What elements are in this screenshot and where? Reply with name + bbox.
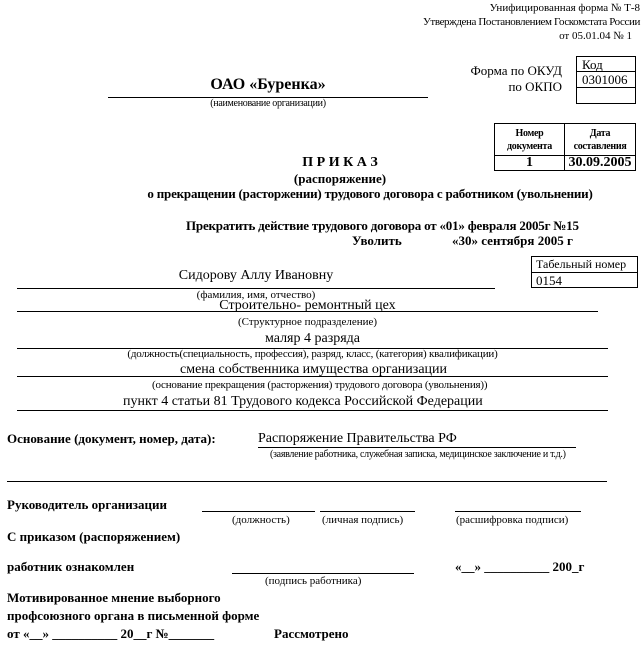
acquainted-line-2: работник ознакомлен <box>7 559 134 575</box>
okud-code[interactable]: 0301006 <box>577 72 635 88</box>
acquainted-date[interactable]: «__» __________ 200_г <box>455 559 584 575</box>
head-label: Руководитель организации <box>7 497 167 513</box>
union-line-1: Мотивированное мнение выборного <box>7 590 221 606</box>
legal-article-value[interactable]: пункт 4 статьи 81 Трудового кодекса Росс… <box>123 394 483 410</box>
legal-article-line <box>17 410 608 411</box>
organization-caption: (наименование организации) <box>108 98 428 109</box>
approval-date-line: от 05.01.04 № 1 <box>559 30 632 42</box>
termination-reason-line <box>17 376 608 377</box>
personnel-number-label: Табельный номер <box>532 257 637 273</box>
doc-number-value[interactable]: 1 <box>495 156 565 171</box>
basis-line <box>258 447 576 448</box>
approval-line: Утверждена Постановлением Госкомстата Ро… <box>423 16 640 28</box>
department-caption: (Структурное подразделение) <box>17 316 598 328</box>
department-line <box>17 311 598 312</box>
dismiss-date[interactable]: «30» сентября 2005 г <box>452 233 573 249</box>
head-signature-line[interactable] <box>320 511 415 512</box>
doc-date-value[interactable]: 30.09.2005 <box>565 156 636 171</box>
codes-header: Код <box>577 57 635 72</box>
document-subject: о прекращении (расторжении) трудового до… <box>100 186 640 202</box>
personnel-number-value[interactable]: 0154 <box>532 273 637 288</box>
signature-caption-label: (личная подпись) <box>322 514 403 526</box>
position-value[interactable]: маляр 4 разряда <box>17 331 608 347</box>
extra-basis-line[interactable] <box>7 481 607 482</box>
head-position-line[interactable] <box>202 511 315 512</box>
basis-label: Основание (документ, номер, дата): <box>7 431 216 447</box>
okpo-code[interactable] <box>577 88 635 103</box>
okud-label: Форма по ОКУД <box>471 63 563 79</box>
position-caption: (должность(специальность, профессия), ра… <box>17 348 608 360</box>
okpo-label: по ОКПО <box>508 79 562 95</box>
employee-signature-line[interactable] <box>232 573 414 574</box>
document-subtitle: (распоряжение) <box>200 171 480 187</box>
basis-caption: (заявление работника, служебная записка,… <box>270 449 566 460</box>
form-number-line: Унифицированная форма № Т-8 <box>490 2 640 14</box>
codes-box: Код 0301006 <box>576 56 636 104</box>
basis-value[interactable]: Распоряжение Правительства РФ <box>258 431 457 447</box>
document-info-table: Номер документа Дата составления 1 30.09… <box>494 123 636 171</box>
union-reviewed: Рассмотрено <box>274 626 349 642</box>
head-decoding-line[interactable] <box>455 511 581 512</box>
personnel-number-box: Табельный номер 0154 <box>531 256 638 288</box>
employee-signature-caption: (подпись работника) <box>265 575 361 587</box>
dismiss-label: Уволить <box>352 233 402 249</box>
doc-date-header: Дата составления <box>565 124 636 156</box>
termination-reason-caption: (основание прекращения (расторжения) тру… <box>152 379 487 391</box>
acquainted-line-1: С приказом (распоряжением) <box>7 529 180 545</box>
doc-number-header: Номер документа <box>495 124 565 156</box>
document-title: П Р И К А З <box>200 155 480 171</box>
employee-name[interactable]: Сидорову Аллу Ивановну <box>17 268 495 284</box>
terminate-contract-line[interactable]: Прекратить действие трудового договора о… <box>186 218 579 234</box>
union-line-3[interactable]: от «__» __________ 20__г №_______ <box>7 626 214 642</box>
decoding-caption-label: (расшифровка подписи) <box>456 514 568 526</box>
organization-name[interactable]: ОАО «Буренка» <box>108 76 428 94</box>
position-caption-label: (должность) <box>232 514 290 526</box>
union-line-2: профсоюзного органа в письменной форме <box>7 608 259 624</box>
